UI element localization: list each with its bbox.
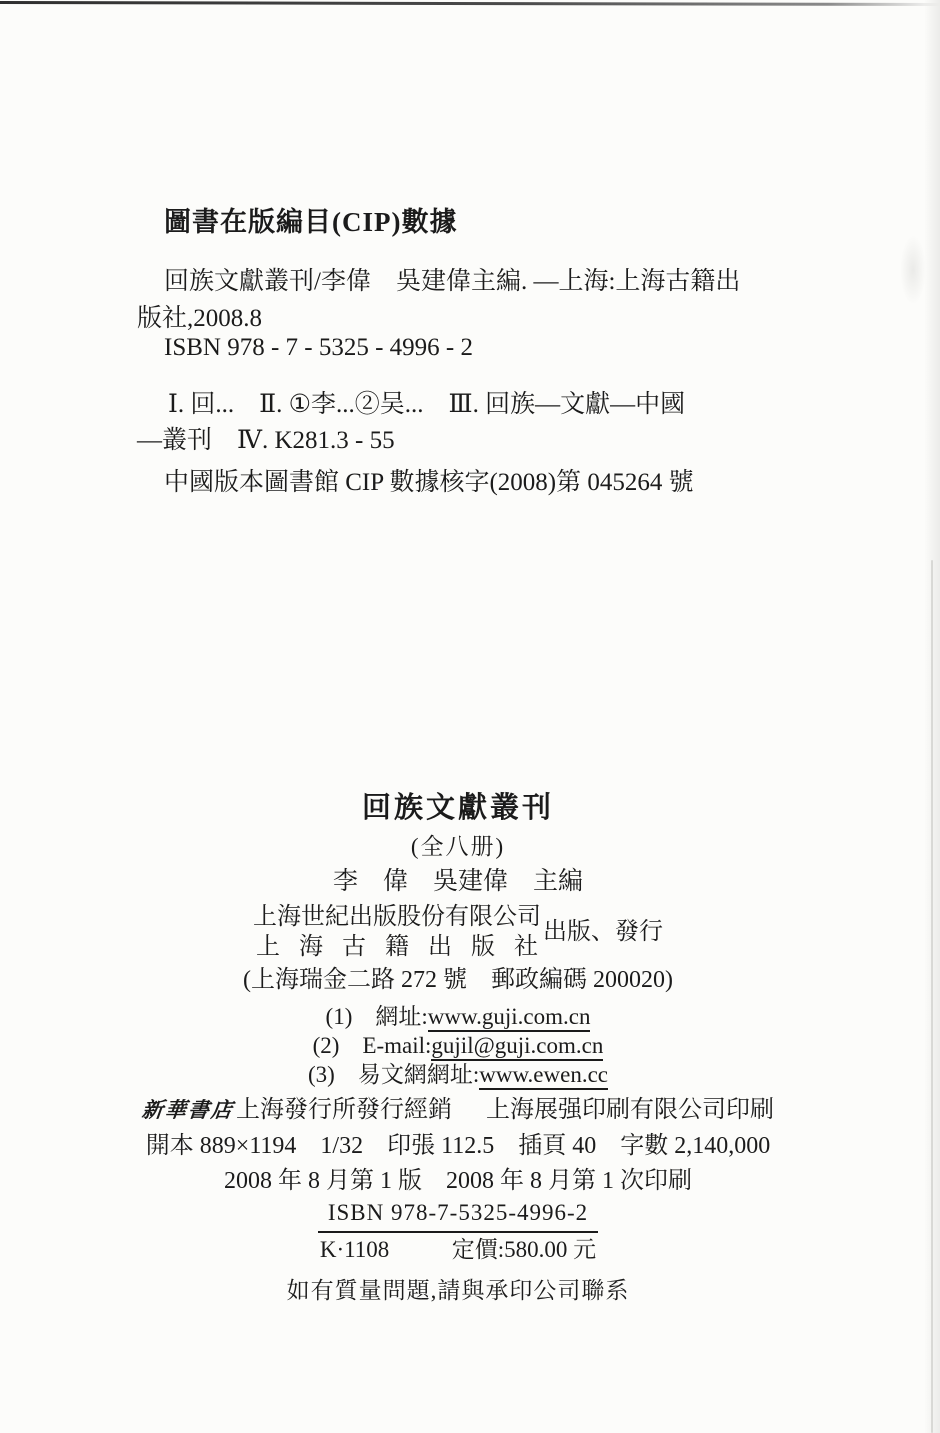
xinhua-bookstore-logo: 新華書店 xyxy=(141,1097,236,1123)
scan-edge-right-line xyxy=(931,560,933,1433)
scan-smudge xyxy=(900,235,926,305)
book-copyright-page: 圖書在版編目(CIP)數據 回族文獻叢刊/李偉 吳建偉主編. —上海:上海古籍出… xyxy=(0,0,940,1433)
quality-note: 如有質量問題,請與承印公司聯系 xyxy=(0,1277,916,1306)
cip-classification-line2: —叢刊 Ⅳ. K281.3 - 55 xyxy=(137,420,395,456)
volume-count: (全八册) xyxy=(0,833,916,862)
price: 定價:580.00 元 xyxy=(452,1236,596,1265)
publisher-press: 上海古籍出版社 xyxy=(256,932,557,962)
distribution-text: 上海發行所發行經銷 xyxy=(236,1097,452,1123)
link-label-text: 易文網網址: xyxy=(358,1062,479,1087)
publisher-address: (上海瑞金二路 272 號 郵政編碼 200020) xyxy=(0,965,916,995)
book-code-price-row: K·1108 定價:580.00 元 xyxy=(318,1233,598,1265)
publisher-company: 上海世紀出版股份有限公司 xyxy=(253,902,541,932)
website-url: www.guji.com.cn xyxy=(428,1004,591,1032)
link-number: (3) xyxy=(308,1062,335,1087)
scan-edge-top xyxy=(0,1,940,6)
publisher-names: 上海世紀出版股份有限公司 上海古籍出版社 xyxy=(253,902,541,962)
cip-heading: 圖書在版編目(CIP)數據 xyxy=(164,200,457,239)
isbn-price-block: ISBN 978-7-5325-4996-2 K·1108 定價:580.00 … xyxy=(318,1199,598,1265)
publisher-group: 上海世紀出版股份有限公司 上海古籍出版社 出版、發行 xyxy=(0,902,916,962)
email-url: gujil@guji.com.cn xyxy=(431,1033,603,1061)
link-label-text: E-mail: xyxy=(362,1033,431,1058)
colophon-block: 回族文獻叢刊 (全八册) 李 偉 吳建偉 主編 上海世紀出版股份有限公司 上海古… xyxy=(0,790,916,1306)
publish-role-label: 出版、發行 xyxy=(543,917,663,947)
email-line: (2) E-mail:gujil@guji.com.cn xyxy=(0,1031,916,1060)
link-label-text: 網址: xyxy=(375,1004,427,1029)
cip-registry-number: 中國版本圖書館 CIP 數據核字(2008)第 045264 號 xyxy=(164,462,694,498)
link-label xyxy=(339,1033,362,1058)
printer-text: 上海展强印刷有限公司印刷 xyxy=(486,1097,774,1123)
cip-entry-line1: 回族文獻叢刊/李偉 吳建偉主編. —上海:上海古籍出 xyxy=(164,261,740,297)
isbn-number: ISBN 978-7-5325-4996-2 xyxy=(318,1199,598,1233)
cip-classification-line1: Ⅰ. 回... Ⅱ. ①李...②吴... Ⅲ. 回族—文獻—中國 xyxy=(168,384,685,420)
format-line: 開本 889×1194 1/32 印張 112.5 插頁 40 字數 2,140… xyxy=(0,1131,916,1161)
link-number: (2) xyxy=(313,1033,340,1058)
distribution-line: 新華書店上海發行所發行經銷上海展强印刷有限公司印刷 xyxy=(0,1095,916,1125)
link-number: (1) xyxy=(326,1004,353,1029)
book-title: 回族文獻叢刊 xyxy=(0,790,916,826)
cip-isbn: ISBN 978 - 7 - 5325 - 4996 - 2 xyxy=(164,334,473,362)
ewen-url: www.ewen.cc xyxy=(479,1062,608,1090)
edition-line: 2008 年 8 月第 1 版 2008 年 8 月第 1 次印刷 xyxy=(0,1166,916,1196)
website-line: (1) 網址:www.guji.com.cn xyxy=(0,1002,916,1031)
link-label xyxy=(335,1062,358,1087)
link-label xyxy=(352,1004,375,1029)
ewen-line: (3) 易文網網址:www.ewen.cc xyxy=(0,1060,916,1089)
book-code: K·1108 xyxy=(320,1236,389,1265)
cip-entry-line2: 版社,2008.8 xyxy=(137,298,262,334)
editors-line: 李 偉 吳建偉 主編 xyxy=(0,866,916,897)
